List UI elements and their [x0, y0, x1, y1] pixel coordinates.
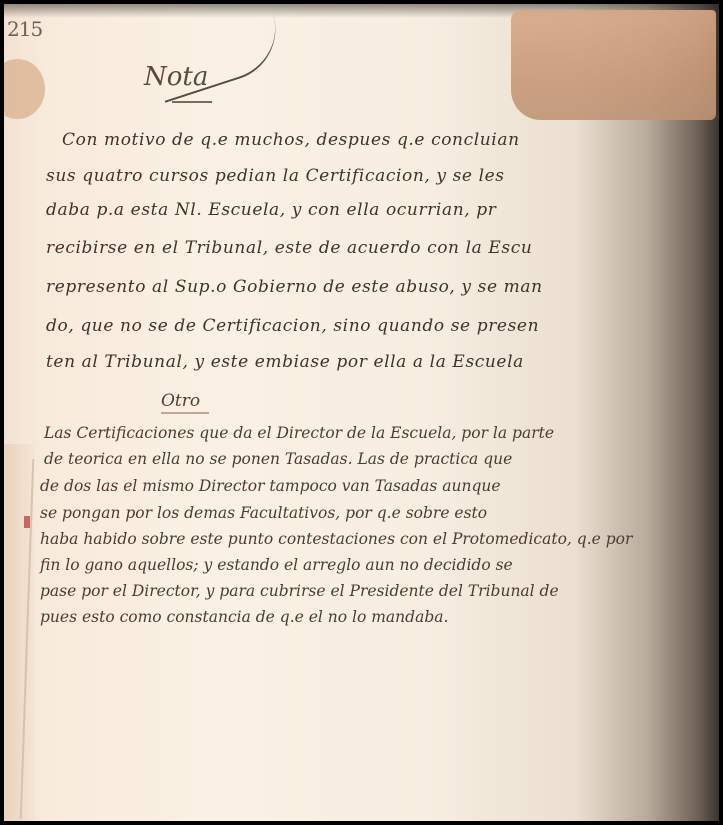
folio-number: 215	[7, 17, 42, 41]
text-line: se pongan por los demas Facultativos, po…	[40, 504, 487, 522]
text-line: Con motivo de q.e muchos, despues q.e co…	[62, 130, 520, 150]
subheading-underline	[161, 412, 209, 414]
paper-stain	[4, 59, 45, 119]
text-line: pase por el Director, y para cubrirse el…	[40, 582, 559, 600]
text-line: do, que no se de Certificacion, sino qua…	[46, 316, 539, 336]
text-line: haba habido sobre este punto contestacio…	[40, 530, 632, 548]
text-line: de teorica en ella no se ponen Tasadas. …	[44, 450, 512, 468]
subheading: Otro	[161, 391, 200, 411]
text-line: pues esto como constancia de q.e el no l…	[40, 608, 448, 626]
red-ink-mark	[24, 516, 30, 528]
text-line: fin lo gano aquellos; y estando el arreg…	[40, 556, 513, 574]
page-edge-band	[4, 444, 34, 821]
text-line: ten al Tribunal, y este embiase por ella…	[46, 352, 524, 372]
title-underline	[172, 101, 212, 103]
text-line: sus quatro cursos pedian la Certificacio…	[46, 166, 505, 186]
text-line: represento al Sup.o Gobierno de este abu…	[46, 277, 543, 297]
text-line: de dos las el mismo Director tampoco van…	[40, 477, 501, 495]
text-line: daba p.a esta Nl. Escuela, y con ella oc…	[46, 200, 496, 220]
text-line: Las Certificaciones que da el Director d…	[44, 424, 554, 442]
text-line: recibirse en el Tribunal, este de acuerd…	[46, 238, 532, 258]
manuscript-page: 215 Nota Con motivo de q.e muchos, despu…	[4, 4, 719, 821]
tape-patch	[511, 10, 716, 120]
page-title: Nota	[144, 62, 208, 92]
